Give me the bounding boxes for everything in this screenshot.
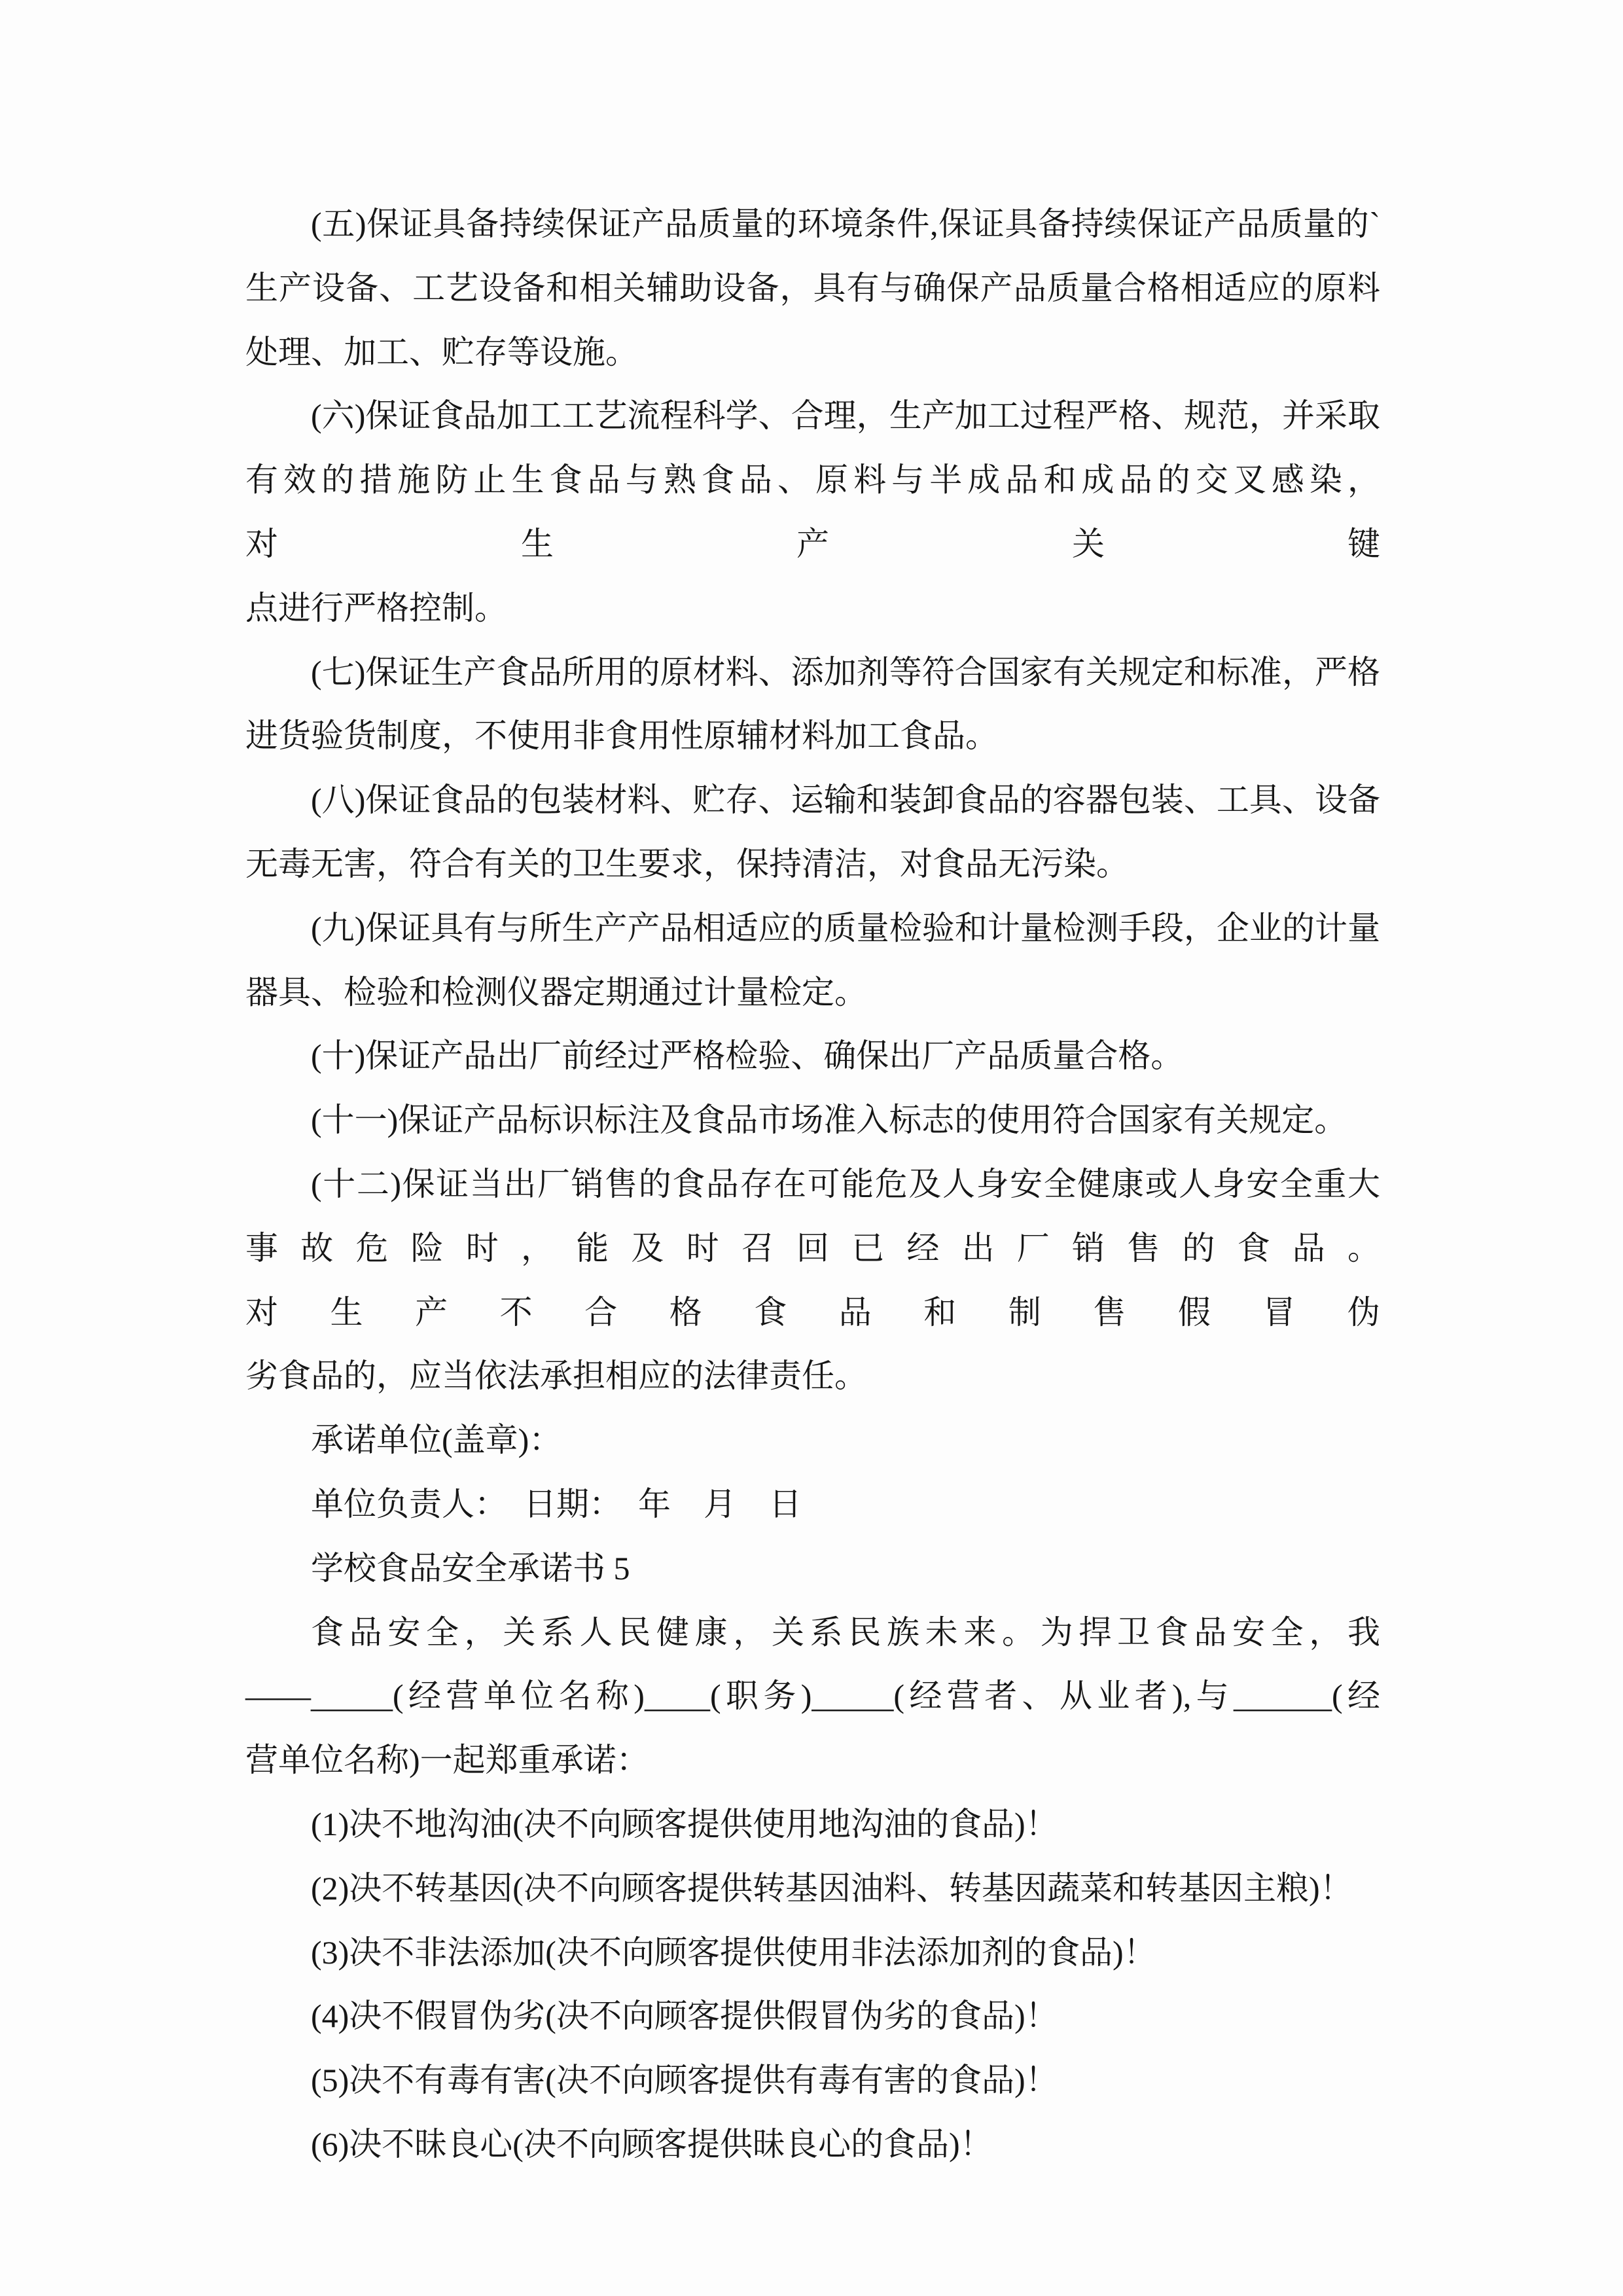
text-line: 进货验货制度，不使用非食用性原辅材料加工食品。: [245, 704, 1380, 768]
text-line: (五)保证具备持续保证产品质量的环境条件,保证具备持续保证产品质量的`: [245, 192, 1380, 257]
text-line: (七)保证生产食品所用的原材料、添加剂等符合国家有关规定和标准，严格: [245, 641, 1380, 705]
text-line: (2)决不转基因(决不向顾客提供转基因油料、转基因蔬菜和转基因主粮)！: [245, 1857, 1380, 1921]
text-line: (八)保证食品的包装材料、贮存、运输和装卸食品的容器包装、工具、设备: [245, 768, 1380, 833]
document-body: (五)保证具备持续保证产品质量的环境条件,保证具备持续保证产品质量的`生产设备、…: [245, 192, 1380, 2177]
text-line: 单位负责人： 日期： 年 月 日: [245, 1473, 1380, 1537]
text-line: ——_____(经营单位名称)____(职务)_____(经营者、从业者),与_…: [245, 1664, 1380, 1729]
text-line: 点进行严格控制。: [245, 577, 1380, 641]
text-line: (十)保证产品出厂前经过严格检验、确保出厂产品质量合格。: [245, 1024, 1380, 1088]
document-page: (五)保证具备持续保证产品质量的环境条件,保证具备持续保证产品质量的`生产设备、…: [0, 0, 1623, 2296]
text-line: 事故危险时，能及时召回已经出厂销售的食品。对生产不合格食品和制售假冒伪: [245, 1217, 1380, 1345]
text-line: (5)决不有毒有害(决不向顾客提供有毒有害的食品)！: [245, 2049, 1380, 2113]
text-line: 承诺单位(盖章)：: [245, 1408, 1380, 1473]
text-line: 生产设备、工艺设备和相关辅助设备，具有与确保产品质量合格相适应的原料: [245, 257, 1380, 321]
text-line: (六)保证食品加工工艺流程科学、合理，生产加工过程严格、规范，并采取: [245, 384, 1380, 448]
text-line: (十一)保证产品标识标注及食品市场准入标志的使用符合国家有关规定。: [245, 1088, 1380, 1153]
text-line: (6)决不昧良心(决不向顾客提供昧良心的食品)！: [245, 2113, 1380, 2177]
text-line: 处理、加工、贮存等设施。: [245, 321, 1380, 385]
text-line: 器具、检验和检测仪器定期通过计量检定。: [245, 961, 1380, 1025]
text-line: 学校食品安全承诺书 5: [245, 1537, 1380, 1601]
text-line: 食品安全，关系人民健康，关系民族未来。为捍卫食品安全，我: [245, 1601, 1380, 1665]
text-line: 劣食品的，应当依法承担相应的法律责任。: [245, 1344, 1380, 1408]
text-line: (3)决不非法添加(决不向顾客提供使用非法添加剂的食品)！: [245, 1921, 1380, 1985]
text-line: 无毒无害，符合有关的卫生要求，保持清洁，对食品无污染。: [245, 833, 1380, 897]
text-line: (九)保证具有与所生产产品相适应的质量检验和计量检测手段，企业的计量: [245, 897, 1380, 961]
text-line: 营单位名称)一起郑重承诺：: [245, 1729, 1380, 1793]
text-line: (十二)保证当出厂销售的食品存在可能危及人身安全健康或人身安全重大: [245, 1153, 1380, 1217]
text-line: (1)决不地沟油(决不向顾客提供使用地沟油的食品)！: [245, 1793, 1380, 1857]
text-line: 有效的措施防止生食品与熟食品、原料与半成品和成品的交叉感染，对生产关键: [245, 448, 1380, 577]
text-line: (4)决不假冒伪劣(决不向顾客提供假冒伪劣的食品)！: [245, 1984, 1380, 2049]
